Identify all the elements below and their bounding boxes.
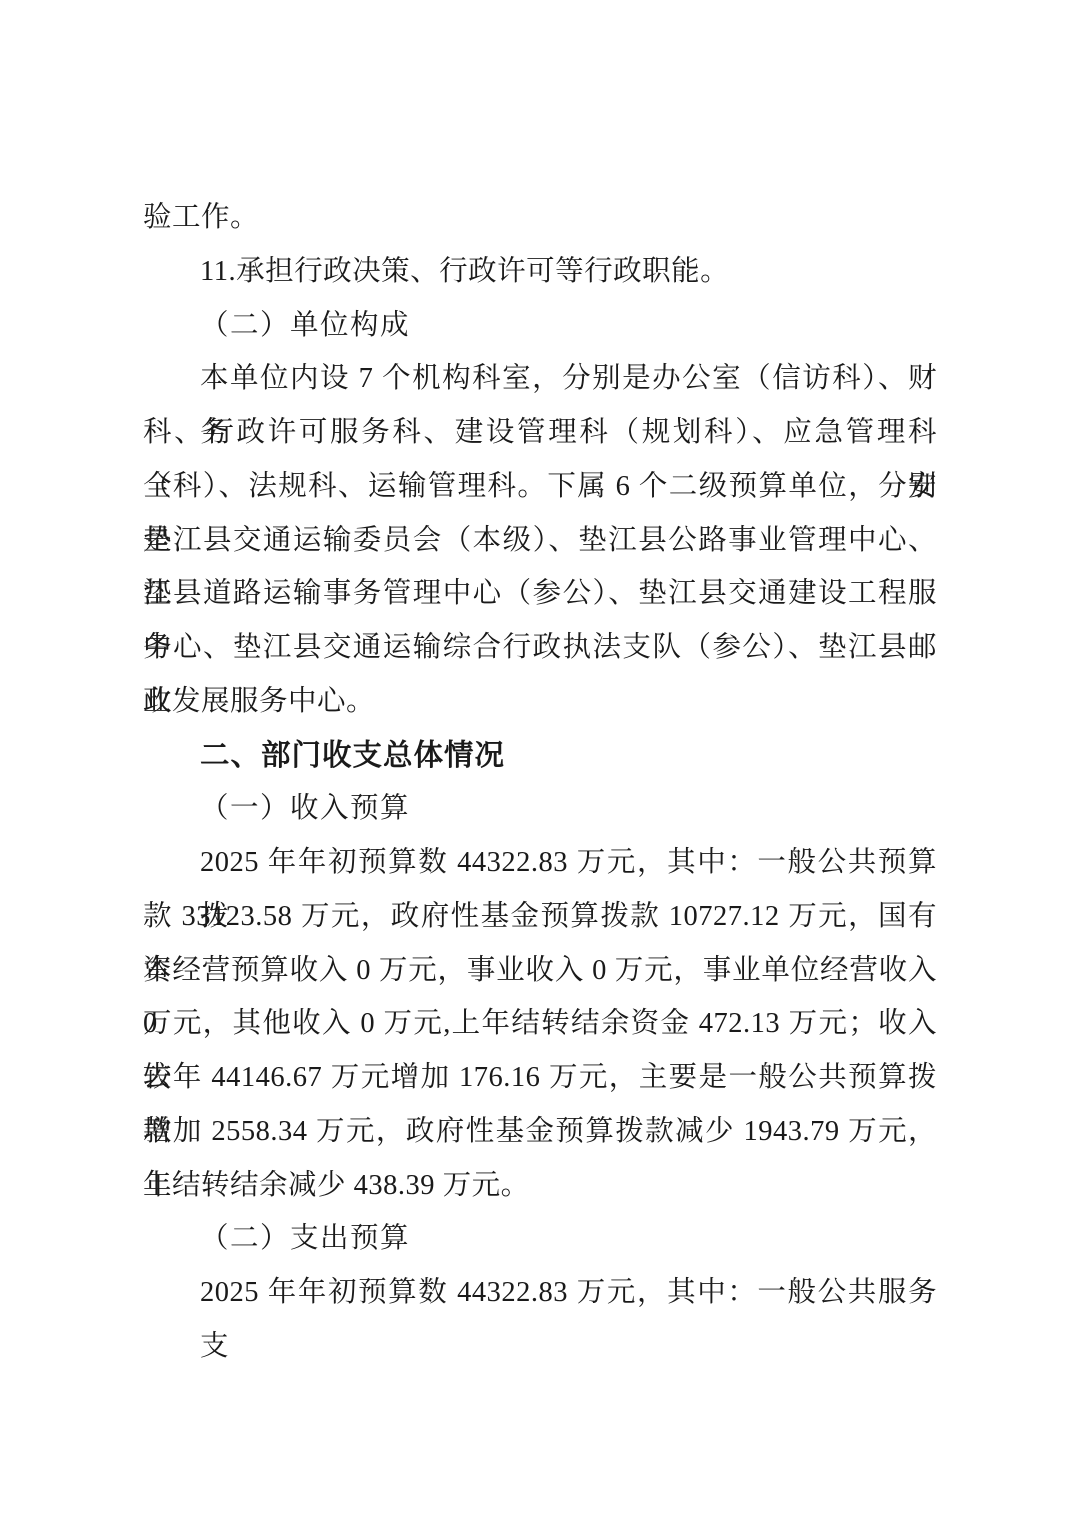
body-text-line: 万元，其他收入 0 万元,上年结转结余资金 472.13 万元；收入较 bbox=[143, 997, 937, 1051]
body-text-line: 业发展服务中心。 bbox=[143, 675, 937, 729]
body-text-line: 2025 年年初预算数 44322.83 万元，其中：一般公共预算拨 bbox=[143, 836, 937, 890]
body-text-line: 验工作。 bbox=[143, 191, 937, 245]
subsection-heading: （二）支出预算 bbox=[143, 1212, 937, 1266]
body-text-line: 江县道路运输事务管理中心（参公）、垫江县交通建设工程服务 bbox=[143, 567, 937, 621]
text-column: 验工作。11.承担行政决策、行政许可等行政职能。（二）单位构成本单位内设 7 个… bbox=[143, 191, 937, 1320]
body-text-line: 中心、垫江县交通运输综合行政执法支队（参公）、垫江县邮政 bbox=[143, 621, 937, 675]
body-text-line: 本经营预算收入 0 万元，事业收入 0 万元，事业单位经营收入 0 bbox=[143, 944, 937, 998]
body-text-line: 科、行政许可服务科、建设管理科（规划科）、应急管理科（安 bbox=[143, 406, 937, 460]
body-text-line: 11.承担行政决策、行政许可等行政职能。 bbox=[143, 245, 937, 299]
body-text-line: 去年 44146.67 万元增加 176.16 万元，主要是一般公共预算拨款 bbox=[143, 1051, 937, 1105]
body-text-line: 款 33123.58 万元，政府性基金预算拨款 10727.12 万元，国有资 bbox=[143, 890, 937, 944]
document-viewport: { "page": { "background": "#ffffff", "te… bbox=[0, 0, 1074, 1520]
subsection-heading: （二）单位构成 bbox=[143, 299, 937, 353]
body-text-line: 全科）、法规科、运输管理科。下属 6 个二级预算单位，分别是 bbox=[143, 460, 937, 514]
body-text-line: 本单位内设 7 个机构科室，分别是办公室（信访科）、财务 bbox=[143, 352, 937, 406]
section-heading: 二、部门收支总体情况 bbox=[143, 729, 937, 783]
document-page: 验工作。11.承担行政决策、行政许可等行政职能。（二）单位构成本单位内设 7 个… bbox=[0, 0, 1074, 1520]
body-text-line: 增加 2558.34 万元，政府性基金预算拨款减少 1943.79 万元，上 bbox=[143, 1105, 937, 1159]
body-text-line: 年结转结余减少 438.39 万元。 bbox=[143, 1159, 937, 1213]
subsection-heading: （一）收入预算 bbox=[143, 782, 937, 836]
body-text-line: 垫江县交通运输委员会（本级）、垫江县公路事业管理中心、垫 bbox=[143, 514, 937, 568]
body-text-line: 2025 年年初预算数 44322.83 万元，其中：一般公共服务支 bbox=[143, 1266, 937, 1320]
